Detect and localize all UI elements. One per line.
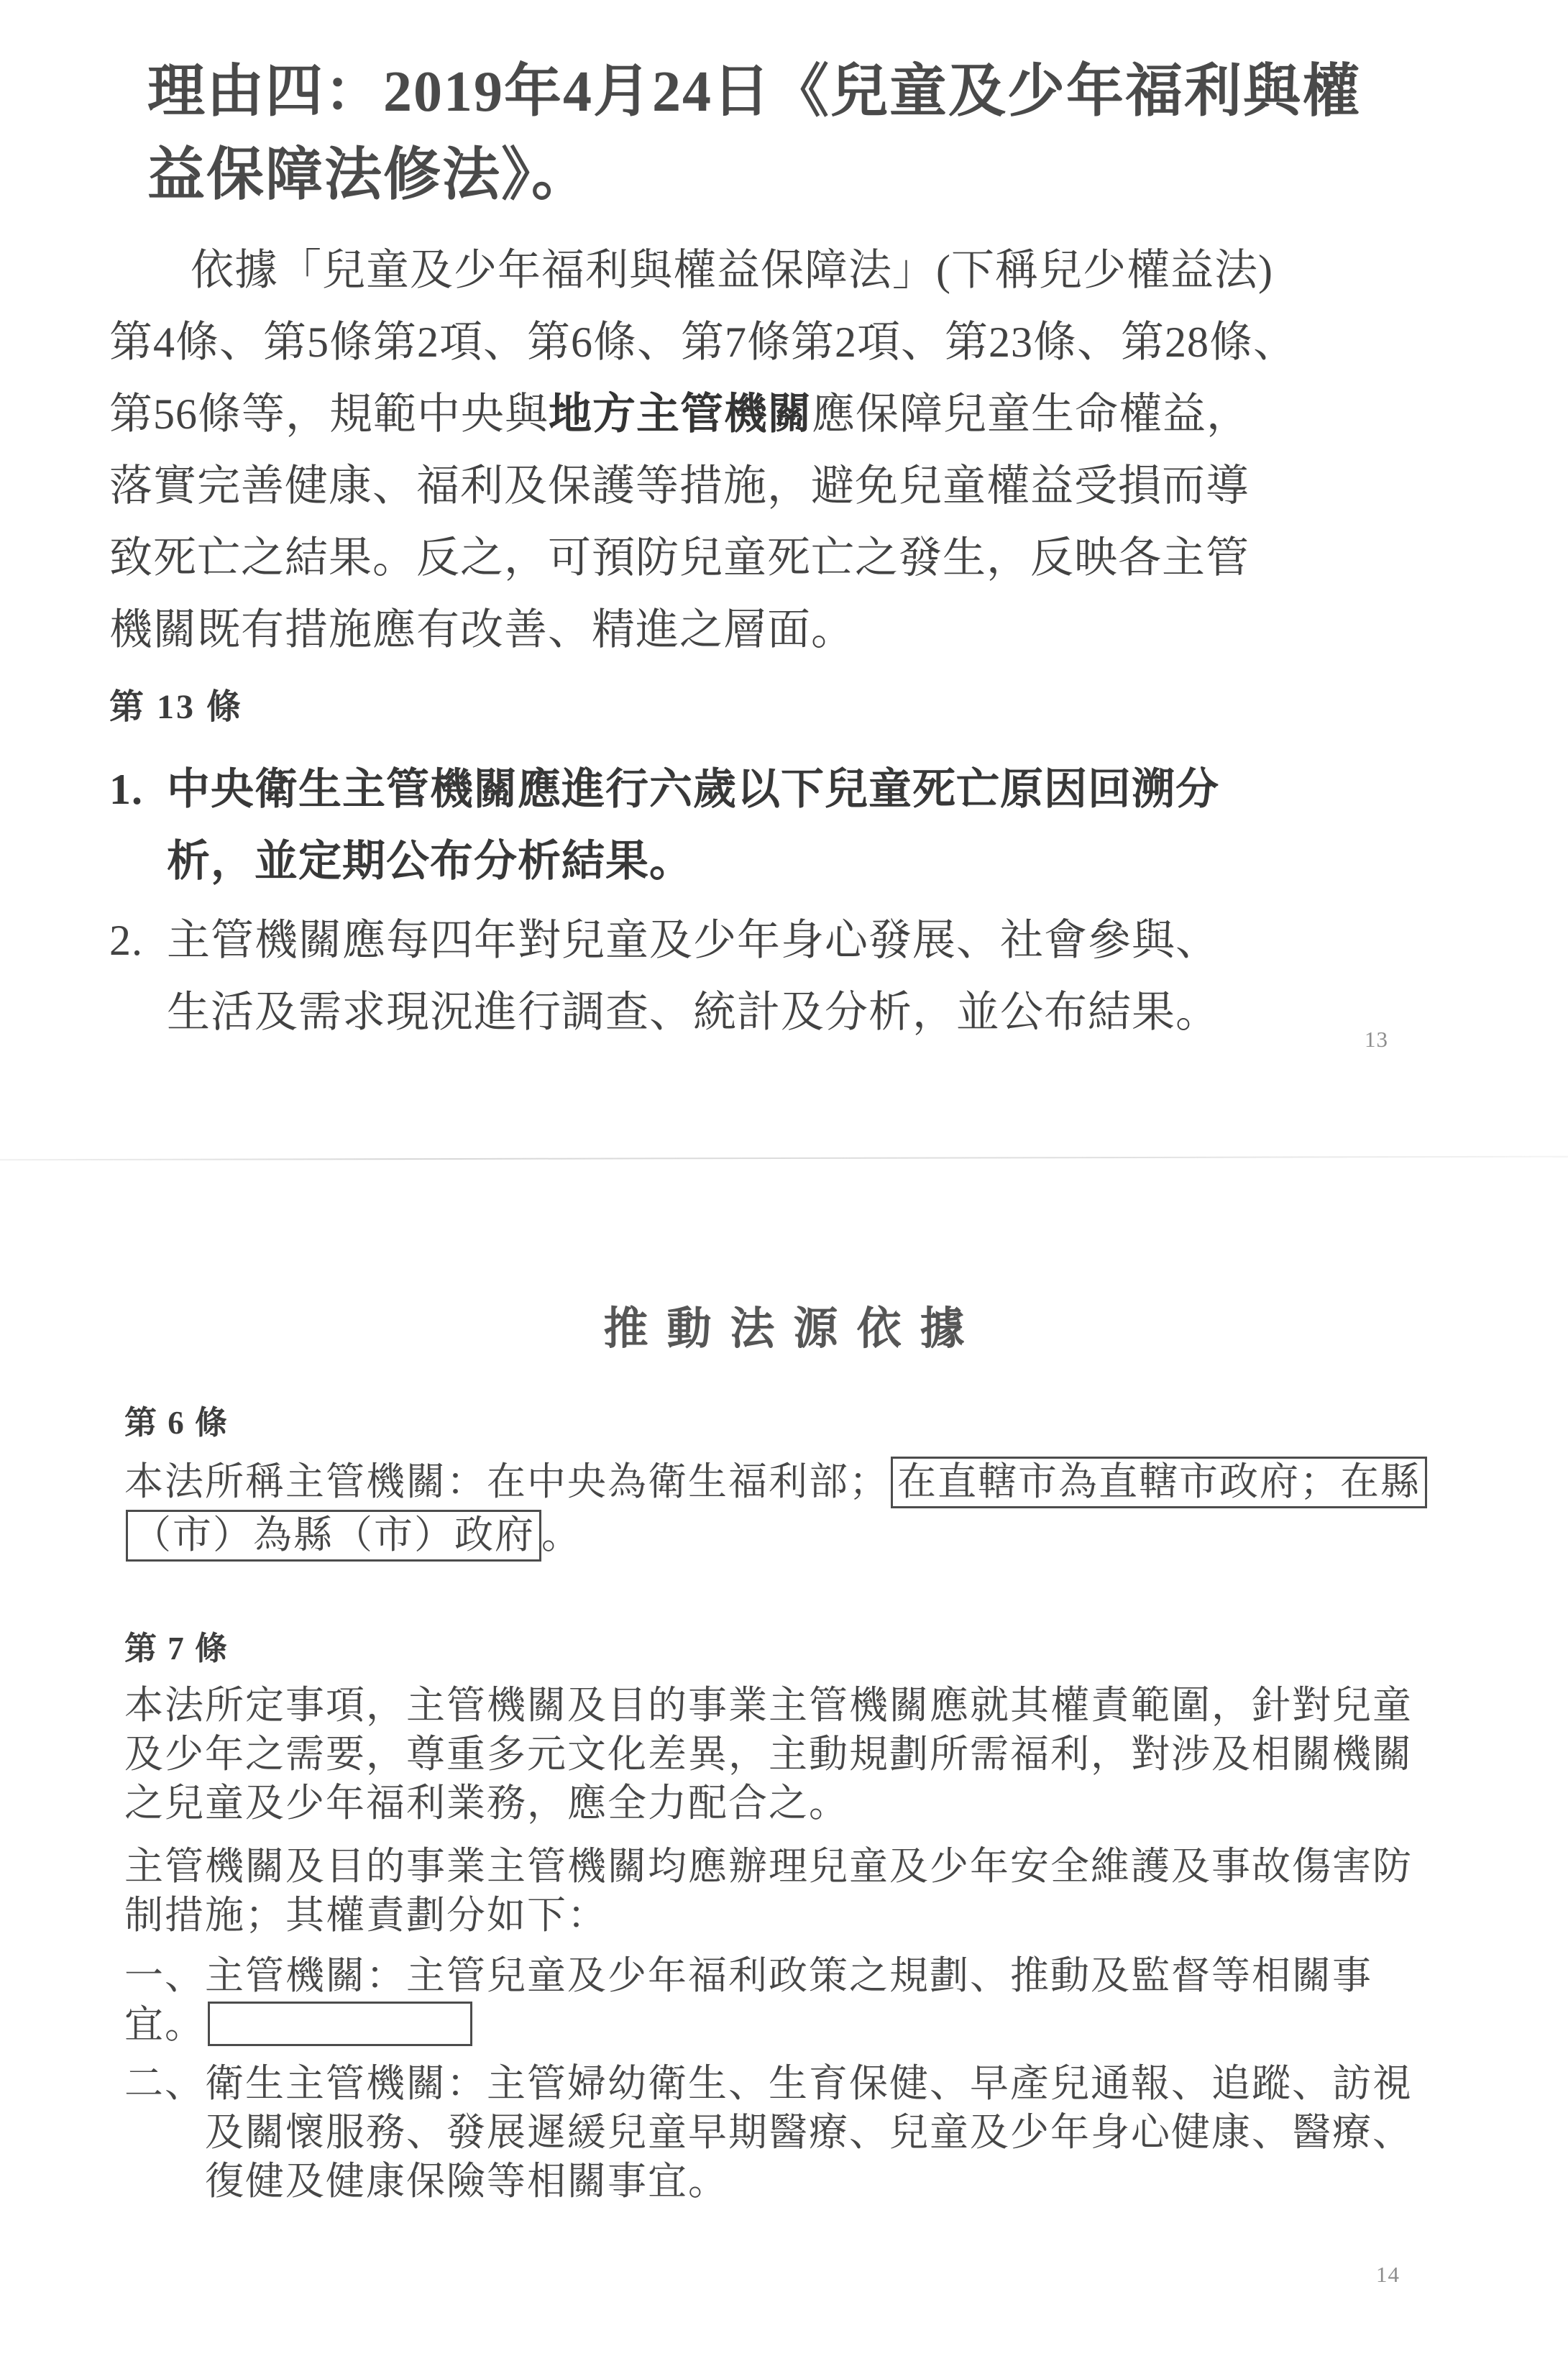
text-line: 依據「兒童及少年福利與權益保障法」(下稱兒少權益法) bbox=[109, 234, 1461, 306]
emphasis-bold-text: 地方主管機關 bbox=[549, 390, 812, 438]
page-number-13: 13 bbox=[1365, 1027, 1388, 1053]
list-item-2: 二、衛生主管機關：主管婦幼衛生、生育保健、早產兒通報、追蹤、訪視 及關懷服務、發… bbox=[124, 2059, 1427, 2206]
text-segment: 宜。 bbox=[124, 2003, 205, 2046]
highlight-box-1: 在直轄市為直轄市政府；在縣 bbox=[891, 1457, 1427, 1508]
text-line: （市）為縣（市）政府。 bbox=[124, 1508, 1427, 1562]
text-line: 制措施；其權責劃分如下： bbox=[124, 1891, 1427, 1940]
list-item-1: 一、主管機關：主管兒童及少年福利政策之規劃、推動及監督等相關事 宜。 bbox=[124, 1951, 1427, 2049]
text-line: 中央衛生主管機關應進行六歲以下兒童死亡原因回溯分 bbox=[167, 753, 1497, 825]
article-13-heading: 第 13 條 bbox=[109, 679, 243, 728]
item-text: 中央衛生主管機關應進行六歲以下兒童死亡原因回溯分 析，並定期公布分析結果。 bbox=[167, 753, 1497, 897]
article-7-heading: 第 7 條 bbox=[124, 1622, 229, 1669]
text-segment: 應保障兒童生命權益， bbox=[812, 390, 1250, 438]
article-6-heading: 第 6 條 bbox=[124, 1396, 229, 1443]
text-line: 復健及健康保險等相關事宜。 bbox=[124, 2157, 1427, 2206]
text-line: 本法所稱主管機關：在中央為衛生福利部；在直轄市為直轄市政府；在縣 bbox=[124, 1455, 1427, 1508]
text-line: 宜。 bbox=[124, 2000, 1427, 2049]
text-line: 第56條等，規範中央與地方主管機關應保障兒童生命權益， bbox=[109, 378, 1461, 450]
text-line: 致死亡之結果。反之，可預防兒童死亡之發生，反映各主管 bbox=[109, 522, 1461, 594]
text-line: 二、衛生主管機關：主管婦幼衛生、生育保健、早產兒通報、追蹤、訪視 bbox=[124, 2059, 1427, 2108]
title-line-2: 益保障法修法》。 bbox=[147, 134, 1485, 217]
text-segment: 。 bbox=[541, 1513, 582, 1557]
text-line: 之兒童及少年福利業務，應全力配合之。 bbox=[124, 1779, 1427, 1828]
text-line: 及少年之需要，尊重多元文化差異，主動規劃所需福利，對涉及相關機關 bbox=[124, 1730, 1427, 1779]
empty-highlight-box bbox=[208, 2002, 472, 2046]
page-divider-line bbox=[0, 1156, 1568, 1161]
article-7-paragraph-1: 本法所定事項，主管機關及目的事業主管機關應就其權責範圍，針對兒童 及少年之需要，… bbox=[124, 1681, 1427, 1828]
numbered-item-2: 2. 主管機關應每四年對兒童及少年身心發展、社會參與、 生活及需求現況進行調查、… bbox=[109, 904, 1497, 1048]
text-line: 主管機關應每四年對兒童及少年身心發展、社會參與、 bbox=[167, 904, 1497, 976]
slide14-title: 推動法源依據 bbox=[0, 1293, 1568, 1357]
text-line: 機關既有措施應有改善、精進之層面。 bbox=[109, 594, 1461, 666]
title-line-1: 理由四：2019年4月24日《兒童及少年福利與權 bbox=[147, 50, 1485, 134]
text-line: 第4條、第5條第2項、第6條、第7條第2項、第23條、第28條、 bbox=[109, 306, 1461, 378]
text-segment: 本法所稱主管機關：在中央為衛生福利部； bbox=[124, 1460, 889, 1503]
numbered-item-1: 1. 中央衛生主管機關應進行六歲以下兒童死亡原因回溯分 析，並定期公布分析結果。 bbox=[109, 753, 1497, 897]
text-line: 析，並定期公布分析結果。 bbox=[167, 825, 1497, 897]
page-number-14: 14 bbox=[1376, 2262, 1400, 2288]
item-text: 主管機關應每四年對兒童及少年身心發展、社會參與、 生活及需求現況進行調查、統計及… bbox=[167, 904, 1497, 1048]
highlight-box-2: （市）為縣（市）政府 bbox=[126, 1510, 541, 1562]
item-number: 2. bbox=[109, 904, 167, 1048]
text-segment: 第56條等，規範中央與 bbox=[109, 390, 549, 438]
text-line: 生活及需求現況進行調查、統計及分析，並公布結果。 bbox=[167, 976, 1497, 1048]
text-line: 本法所定事項，主管機關及目的事業主管機關應就其權責範圍，針對兒童 bbox=[124, 1681, 1427, 1730]
slide13-title: 理由四：2019年4月24日《兒童及少年福利與權 益保障法修法》。 bbox=[147, 50, 1485, 217]
text-line: 落實完善健康、福利及保護等措施，避免兒童權益受損而導 bbox=[109, 450, 1461, 522]
text-line: 一、主管機關：主管兒童及少年福利政策之規劃、推動及監督等相關事 bbox=[124, 1951, 1427, 2000]
intro-paragraph: 依據「兒童及少年福利與權益保障法」(下稱兒少權益法) 第4條、第5條第2項、第6… bbox=[109, 234, 1461, 666]
article-6-text: 本法所稱主管機關：在中央為衛生福利部；在直轄市為直轄市政府；在縣 （市）為縣（市… bbox=[124, 1455, 1427, 1562]
text-line: 及關懷服務、發展遲緩兒童早期醫療、兒童及少年身心健康、醫療、 bbox=[124, 2108, 1427, 2157]
item-number: 1. bbox=[109, 753, 167, 897]
text-line: 主管機關及目的事業主管機關均應辦理兒童及少年安全維護及事故傷害防 bbox=[124, 1842, 1427, 1891]
article-7-paragraph-2: 主管機關及目的事業主管機關均應辦理兒童及少年安全維護及事故傷害防 制措施；其權責… bbox=[124, 1842, 1427, 1940]
